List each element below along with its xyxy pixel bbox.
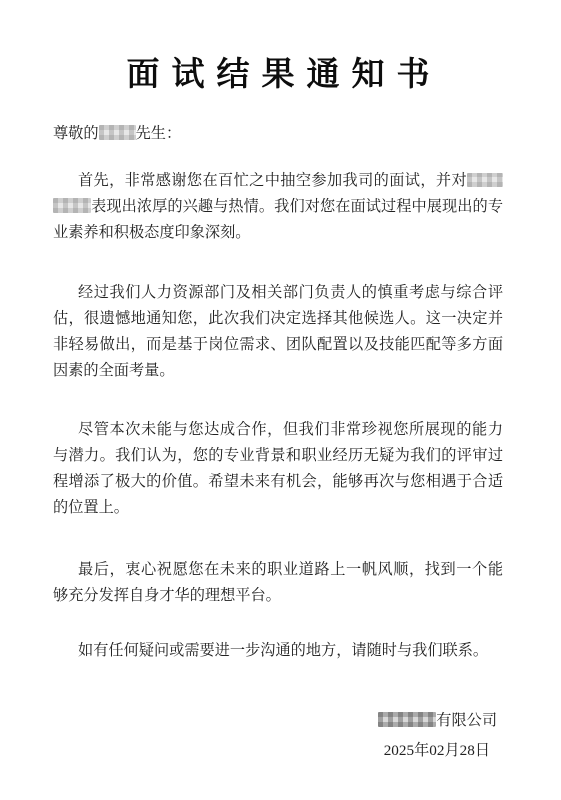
paragraph-contact: 如有任何疑问或需要进一步沟通的地方，请随时与我们联系。 (53, 638, 503, 664)
salutation-suffix: 先生： (136, 125, 182, 142)
p1-text-before-redaction: 首先，非常感谢您在百忙之中抽空参加我司的面试，并对 (78, 172, 467, 189)
redacted-company-name-line1 (467, 173, 503, 187)
signature-date: 2025年02月28日 (53, 738, 503, 764)
paragraph-good-wishes: 最后，衷心祝愿您在未来的职业道路上一帆风顺，找到一个能够充分发挥自身才华的理想平… (53, 557, 503, 609)
paragraph-decision: 经过我们人力资源部门及相关部门负责人的慎重考虑与综合评估，很遗憾地通知您，此次我… (53, 280, 503, 384)
signature-company-suffix: 有限公司 (436, 712, 497, 729)
salutation-line: 尊敬的先生： (53, 121, 503, 147)
redacted-company-name-signature (378, 712, 436, 727)
p1-text-after-redaction: 表现出浓厚的兴趣与热情。我们对您在面试过程中展现出的专业素养和积极态度印象深刻。 (53, 198, 503, 241)
letter-title: 面试结果通知书 (53, 54, 515, 94)
salutation-prefix: 尊敬的 (53, 125, 99, 142)
signature-block: 有限公司 2025年02月28日 (53, 708, 503, 764)
redacted-recipient-name (99, 125, 136, 140)
letter-page: 面试结果通知书 尊敬的先生： 首先，非常感谢您在百忙之中抽空参加我司的面试，并对… (0, 0, 561, 800)
paragraph-appreciation: 尽管本次未能与您达成合作，但我们非常珍视您所展现的能力与潜力。我们认为，您的专业… (53, 417, 503, 521)
paragraph-thanks: 首先，非常感谢您在百忙之中抽空参加我司的面试，并对表现出浓厚的兴趣与热情。我们对… (53, 168, 503, 246)
signature-company-line: 有限公司 (53, 708, 503, 734)
redacted-company-name-line2 (53, 198, 91, 213)
